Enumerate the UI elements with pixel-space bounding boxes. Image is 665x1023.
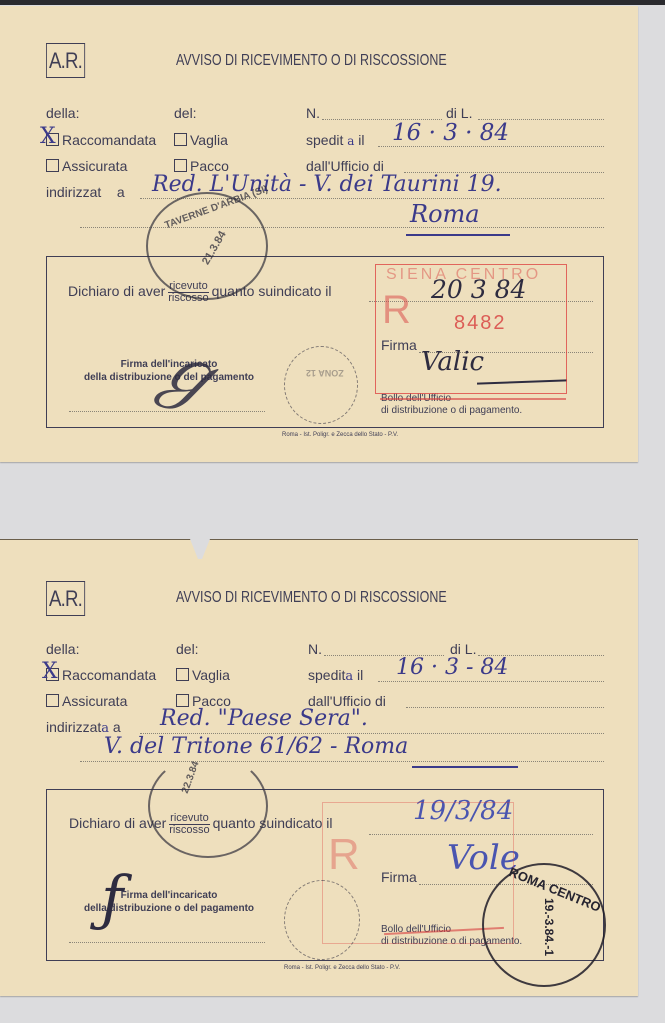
address-field-2 xyxy=(80,761,604,762)
pacco-checkbox xyxy=(174,159,187,172)
raccomandata-label: Raccomandata xyxy=(62,132,156,148)
address-line-2: V. del Tritone 61/62 - Roma xyxy=(104,734,408,759)
date-sent-value: 16 · 3 · 84 xyxy=(392,120,509,146)
carrier-signature: ƒ xyxy=(101,864,123,934)
assicurata-label: Assicurata xyxy=(62,158,127,174)
vaglia-checkbox xyxy=(174,133,187,146)
faint-postmark-text: ZONA 12 xyxy=(306,368,344,378)
date-sent-field xyxy=(378,146,604,147)
receipt-card-1: A.R. AVVISO DI RICEVIMENTO O DI RISCOSSI… xyxy=(0,6,638,462)
indirizzat-text: indirizzat xyxy=(46,719,101,735)
del-label: del: xyxy=(176,641,199,657)
faint-postmark xyxy=(284,880,360,960)
addressee-label: indirizzat a xyxy=(46,184,125,200)
declaration-prefix: Dichiaro di aver xyxy=(68,283,165,299)
incaricato-line-1: Firma dell'incaricato xyxy=(69,889,269,902)
form-title: AVVISO DI RICEVIMENTO O DI RISCOSSIONE xyxy=(176,589,447,607)
option-assicurata: Assicurata xyxy=(46,158,127,174)
raccomandata-label: Raccomandata xyxy=(62,667,156,683)
della-label: della: xyxy=(46,105,79,121)
city-underline xyxy=(406,234,510,236)
assicurata-checkbox xyxy=(46,159,59,172)
ar-badge: A.R. xyxy=(46,581,85,616)
spedit-label: spedit a il xyxy=(306,132,365,148)
ar-badge: A.R. xyxy=(46,43,85,78)
form-title: AVVISO DI RICEVIMENTO O DI RISCOSSIONE xyxy=(176,52,447,70)
del-label: del: xyxy=(174,105,197,121)
city-underline xyxy=(412,766,518,768)
printer-footer: Roma - Ist. Poligr. e Zecca dello Stato … xyxy=(284,965,400,971)
spedit-text: spedit xyxy=(306,132,343,148)
della-label: della: xyxy=(46,641,79,657)
red-stamp-letter: R xyxy=(328,830,360,880)
faint-postmark xyxy=(284,346,358,424)
address-line-2: Roma xyxy=(410,200,480,228)
spedit-suffix: a xyxy=(345,669,353,684)
option-raccomandata: Raccomandata xyxy=(46,132,156,148)
number-label: N. xyxy=(308,641,322,657)
spedit-label: spedita il xyxy=(308,667,363,684)
bollo-line-2: di distribuzione o di pagamento. xyxy=(381,405,522,417)
vaglia-label: Vaglia xyxy=(190,132,228,148)
indirizzat-text: indirizzat xyxy=(46,184,101,200)
receipt-card-2: A.R. AVVISO DI RICEVIMENTO O DI RISCOSSI… xyxy=(0,539,638,996)
option-vaglia: Vaglia xyxy=(176,667,230,683)
bollo-caption: Bollo dell'Ufficio di distribuzione o di… xyxy=(381,393,522,417)
date-sent-field xyxy=(378,681,604,682)
option-vaglia: Vaglia xyxy=(174,132,228,148)
printer-footer: Roma - Ist. Poligr. e Zecca dello Stato … xyxy=(282,432,398,438)
check-mark-icon: X xyxy=(40,124,56,149)
address-line-1: Red. "Paese Sera". xyxy=(160,706,368,731)
spedit-text: spedit xyxy=(308,667,345,683)
check-mark-icon: X xyxy=(42,659,58,684)
assicurata-checkbox xyxy=(46,694,59,707)
a-text: a xyxy=(117,184,125,200)
option-assicurata: Assicurata xyxy=(46,693,127,709)
incaricato-line-2: della distribuzione o del pagamento xyxy=(69,902,269,915)
date-sent-value: 16 · 3 - 84 xyxy=(396,655,508,680)
vaglia-label: Vaglia xyxy=(192,667,230,683)
postmark-taverne xyxy=(148,754,268,858)
option-raccomandata: Raccomandata xyxy=(46,667,156,683)
red-stamp-letter: R xyxy=(382,288,411,333)
il-text: il xyxy=(358,132,364,148)
assicurata-label: Assicurata xyxy=(62,693,127,709)
red-stamp-number: 8482 xyxy=(454,312,507,335)
number-label: N. xyxy=(306,105,320,121)
carrier-signature: ℊ xyxy=(140,308,240,427)
a-text: a xyxy=(113,719,121,735)
scan-top-edge xyxy=(0,0,665,5)
incaricato-signature-field xyxy=(69,942,265,943)
incaricato-caption: Firma dell'incaricato della distribuzion… xyxy=(69,889,269,915)
vaglia-checkbox xyxy=(176,668,189,681)
spedit-suffix: a xyxy=(347,134,354,148)
red-stamp-office: SIENA CENTRO xyxy=(386,266,541,284)
amount-label: di L. xyxy=(446,105,472,121)
office-field xyxy=(406,707,604,708)
il-text: il xyxy=(357,667,363,683)
red-stamp-line xyxy=(380,398,566,400)
postmark-roma-centro-date: 19.-3.84.-1 xyxy=(542,898,556,956)
paper-tear xyxy=(190,539,210,559)
